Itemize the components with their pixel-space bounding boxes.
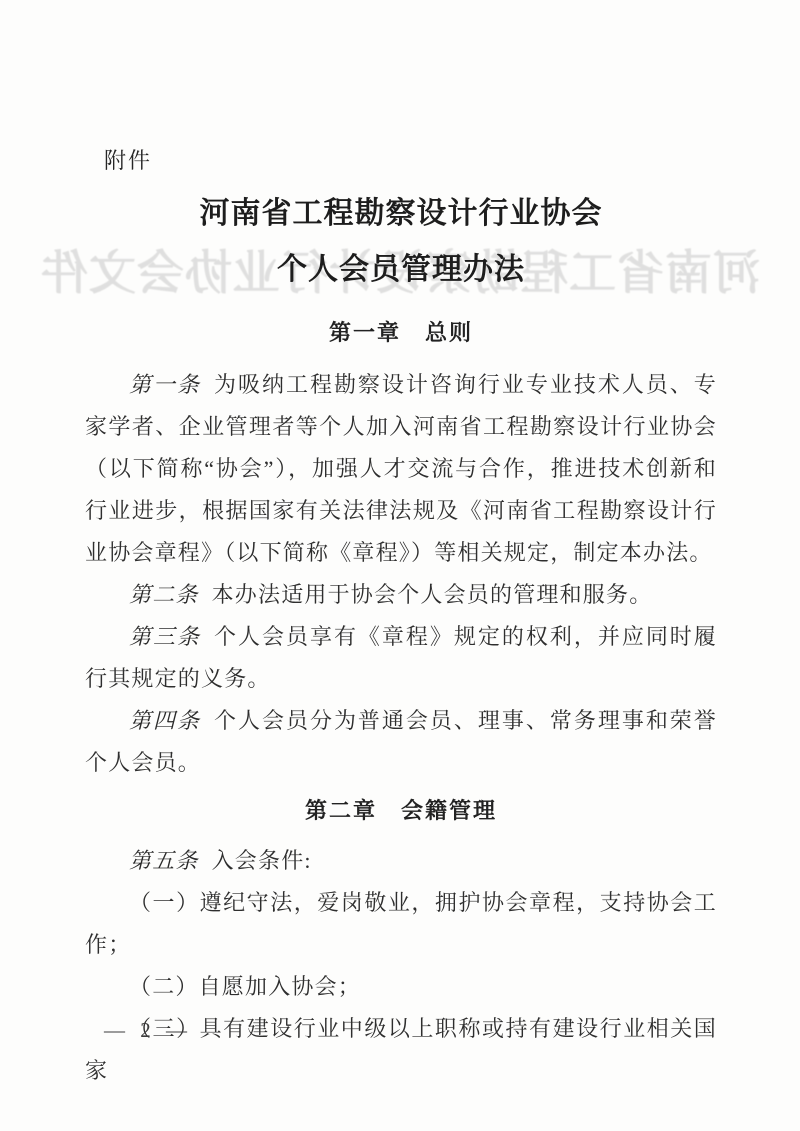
article-2-text: 本办法适用于协会个人会员的管理和服务。 — [212, 582, 653, 607]
article-1-paragraph: 第一条为吸纳工程勘察设计咨询行业专业技术人员、专家学者、企业管理者等个人加入河南… — [85, 364, 717, 574]
document-page: 河南省工程勘察设计行业协会文件 附件 河南省工程勘察设计行业协会 个人会员管理办… — [0, 0, 800, 1131]
article-5-text: 入会条件: — [212, 848, 312, 873]
article-3-label: 第三条 — [129, 624, 201, 649]
article-1-label: 第一条 — [129, 372, 201, 397]
article-4-paragraph: 第四条个人会员分为普通会员、理事、常务理事和荣誉个人会员。 — [85, 700, 717, 784]
article-2-paragraph: 第二条本办法适用于协会个人会员的管理和服务。 — [85, 574, 717, 616]
document-title-line1: 河南省工程勘察设计行业协会 — [85, 192, 717, 236]
condition-item-1: （一）遵纪守法，爱岗敬业，拥护协会章程，支持协会工作； — [85, 882, 717, 966]
page-number: — 2 — — [104, 1018, 192, 1043]
article-2-label: 第二条 — [129, 582, 199, 607]
article-1-text: 为吸纳工程勘察设计咨询行业专业技术人员、专家学者、企业管理者等个人加入河南省工程… — [85, 372, 717, 565]
chapter-1-heading: 第一章 总则 — [85, 318, 717, 348]
article-3-paragraph: 第三条个人会员享有《章程》规定的权利，并应同时履行其规定的义务。 — [85, 616, 717, 700]
chapter-2-heading: 第二章 会籍管理 — [85, 796, 717, 826]
document-content: 河南省工程勘察设计行业协会 个人会员管理办法 第一章 总则 第一条为吸纳工程勘察… — [85, 0, 717, 1092]
condition-item-2: （二）自愿加入协会； — [85, 966, 717, 1008]
article-5-paragraph: 第五条入会条件: — [85, 840, 717, 882]
article-5-label: 第五条 — [129, 848, 199, 873]
article-4-label: 第四条 — [129, 708, 201, 733]
document-title-line2: 个人会员管理办法 — [85, 248, 717, 292]
